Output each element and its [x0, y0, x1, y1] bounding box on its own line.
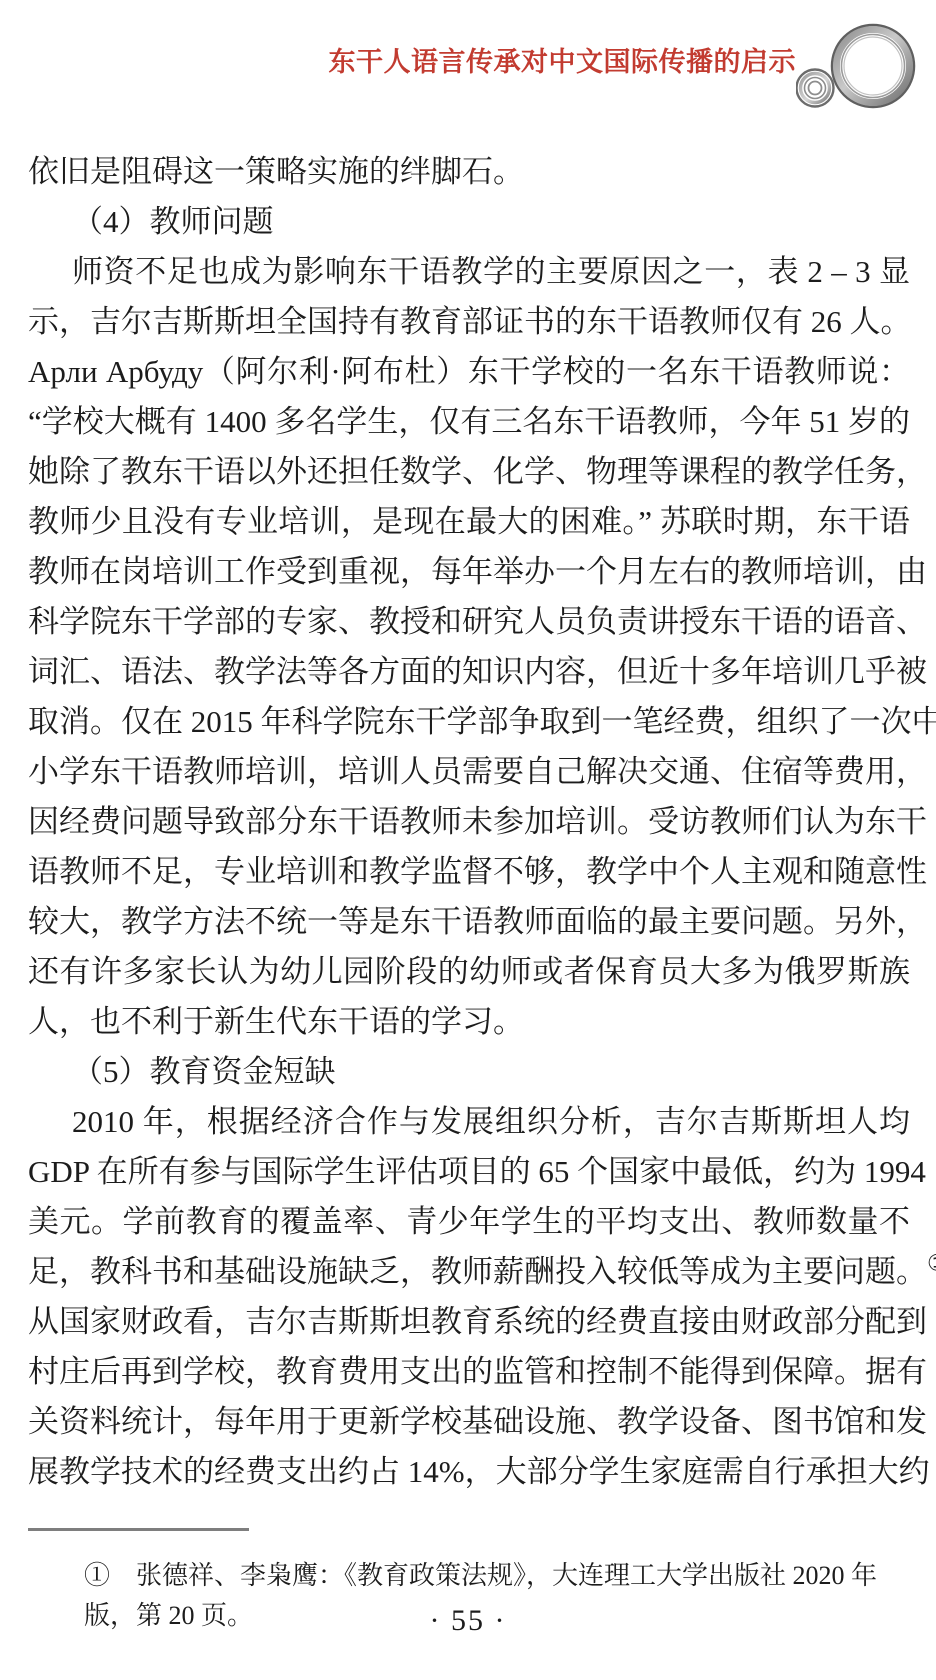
page-header-title: 东干人语言传承对中文国际传播的启示 — [329, 46, 797, 78]
body-line: 人，也不利于新生代东干语的学习。 — [28, 997, 910, 1047]
body-line: 师资不足也成为影响东干语教学的主要原因之一，表 2 – 3 显 — [28, 247, 910, 297]
body-text: 依旧是阻碍这一策略实施的绊脚石。 （4）教师问题 师资不足也成为影响东干语教学的… — [28, 147, 910, 1497]
body-line: 小学东干语教师培训，培训人员需要自己解决交通、住宿等费用， — [28, 747, 910, 797]
body-line: 教师少且没有专业培训，是现在最大的困难。” 苏联时期，东干语 — [28, 497, 910, 547]
body-line: 词汇、语法、教学法等各方面的知识内容，但近十多年培训几乎被 — [28, 647, 910, 697]
body-line: 村庄后再到学校，教育费用支出的监管和控制不能得到保障。据有 — [28, 1347, 910, 1397]
body-line: 她除了教东干语以外还担任数学、化学、物理等课程的教学任务， — [28, 447, 910, 497]
page-number: · 55 · — [0, 1604, 936, 1638]
body-line: 教师在岗培训工作受到重视，每年举办一个月左右的教师培训，由 — [28, 547, 910, 597]
body-line: 关资料统计，每年用于更新学校基础设施、教学设备、图书馆和发 — [28, 1397, 910, 1447]
body-line: 展教学技术的经费支出约占 14%，大部分学生家庭需自行承担大约 — [28, 1447, 910, 1497]
book-page: 东干人语言传承对中文国际传播的启示 依旧是阻碍这一策略实施的绊脚石。 （ — [0, 0, 936, 1680]
body-line: 示，吉尔吉斯斯坦全国持有教育部证书的东干语教师仅有 26 人。 — [28, 297, 910, 347]
body-line: （4）教师问题 — [28, 197, 910, 247]
rings-logo-icon — [796, 22, 916, 117]
body-line: 科学院东干学部的专家、教授和研究人员负责讲授东干语的语音、 — [28, 597, 910, 647]
body-line: GDP 在所有参与国际学生评估项目的 65 个国家中最低，约为 1994 — [28, 1147, 910, 1197]
body-line: 取消。仅在 2015 年科学院东干学部争取到一笔经费，组织了一次中 — [28, 697, 910, 747]
body-line: 还有许多家长认为幼儿园阶段的幼师或者保育员大多为俄罗斯族 — [28, 947, 910, 997]
body-line: 较大，教学方法不统一等是东干语教师面临的最主要问题。另外， — [28, 897, 910, 947]
footnote-divider — [28, 1528, 249, 1531]
body-line: 2010 年，根据经济合作与发展组织分析，吉尔吉斯斯坦人均 — [28, 1097, 910, 1147]
body-line: 语教师不足，专业培训和教学监督不够，教学中个人主观和随意性 — [28, 847, 910, 897]
body-line: 美元。学前教育的覆盖率、青少年学生的平均支出、教师数量不 — [28, 1197, 910, 1247]
body-line: “学校大概有 1400 多名学生，仅有三名东干语教师，今年 51 岁的 — [28, 397, 910, 447]
body-line: 因经费问题导致部分东干语教师未参加培训。受访教师们认为东干 — [28, 797, 910, 847]
footnote-marker: ① — [927, 1251, 936, 1276]
body-line: （5）教育资金短缺 — [28, 1047, 910, 1097]
body-line: 依旧是阻碍这一策略实施的绊脚石。 — [28, 147, 910, 197]
body-line: 从国家财政看，吉尔吉斯斯坦教育系统的经费直接由财政部分配到 — [28, 1297, 910, 1347]
body-line-text: 足，教科书和基础设施缺乏，教师薪酬投入较低等成为主要问题。 — [28, 1254, 927, 1289]
body-line: Арли Арбуду（阿尔利·阿布杜）东干学校的一名东干语教师说： — [28, 347, 910, 397]
body-line: 足，教科书和基础设施缺乏，教师薪酬投入较低等成为主要问题。① — [28, 1247, 910, 1297]
